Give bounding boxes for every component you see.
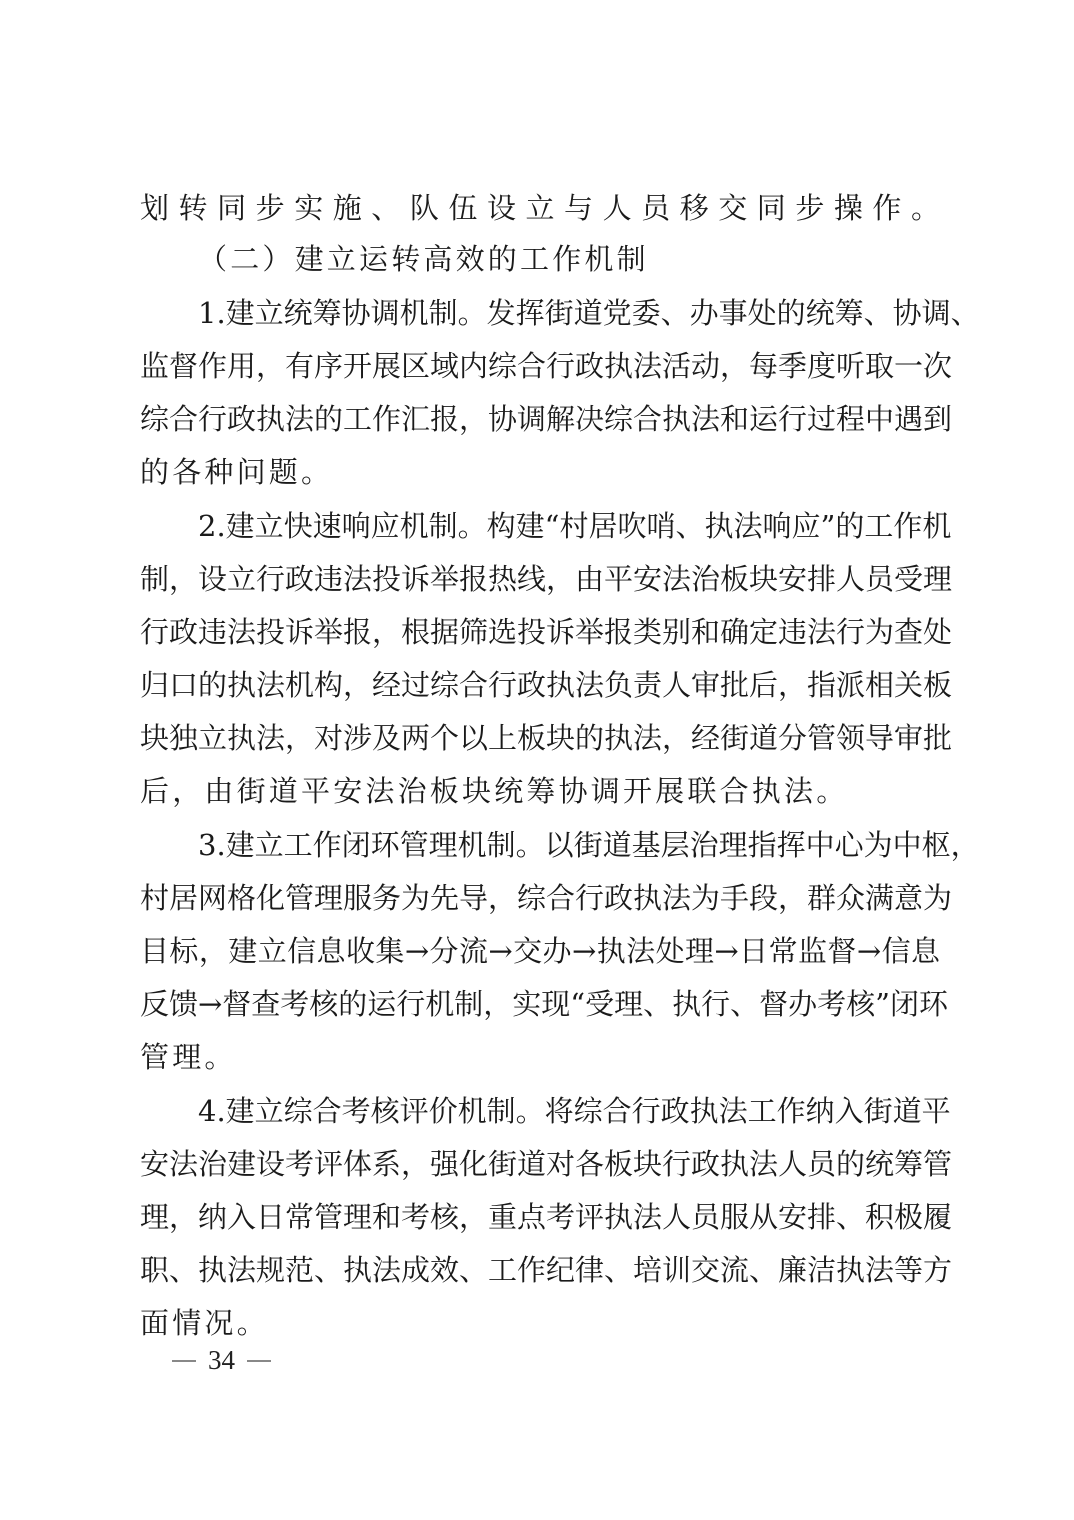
page-number: 34 <box>172 1345 271 1376</box>
paragraph-line: 归口的执法机构，经过综合行政执法负责人审批后，指派相关板 <box>140 665 940 705</box>
paragraph-line: 目标，建立信息收集→分流→交办→执法处理→日常监督→信息 <box>140 931 940 971</box>
paragraph-line: 行政违法投诉举报，根据筛选投诉举报类别和确定违法行为查处 <box>140 612 940 652</box>
paragraph-line: 划转同步实施、队伍设立与人员移交同步操作。 <box>140 188 940 228</box>
paragraph-line: 监督作用，有序开展区域内综合行政执法活动，每季度听取一次 <box>140 346 940 386</box>
paragraph-line: 反馈→督查考核的运行机制，实现“受理、执行、督办考核”闭环 <box>140 984 940 1024</box>
paragraph-line: 2.建立快速响应机制。构建“村居吹哨、执法响应”的工作机 <box>198 506 940 546</box>
paragraph-line: 职、执法规范、执法成效、工作纪律、培训交流、廉洁执法等方 <box>140 1250 940 1290</box>
paragraph-line: 块独立执法，对涉及两个以上板块的执法，经街道分管领导审批 <box>140 718 940 758</box>
paragraph-line: 3.建立工作闭环管理机制。以街道基层治理指挥中心为中枢， <box>198 825 940 865</box>
paragraph-line: 制，设立行政违法投诉举报热线，由平安法治板块安排人员受理 <box>140 559 940 599</box>
dash-decoration <box>172 1360 196 1362</box>
page-number-text: 34 <box>208 1345 235 1376</box>
paragraph-line: 面情况。 <box>140 1303 269 1343</box>
paragraph-line: 安法治建设考评体系，强化街道对各板块行政执法人员的统筹管 <box>140 1144 940 1184</box>
paragraph-line: 综合行政执法的工作汇报，协调解决综合执法和运行过程中遇到 <box>140 399 940 439</box>
paragraph-line: 的各种问题。 <box>140 452 333 492</box>
paragraph-line: 1.建立统筹协调机制。发挥街道党委、办事处的统筹、协调、 <box>198 293 940 333</box>
paragraph-line: 理，纳入日常管理和考核，重点考评执法人员服从安排、积极履 <box>140 1197 940 1237</box>
dash-decoration <box>247 1360 271 1362</box>
paragraph-line: 村居网格化管理服务为先导，综合行政执法为手段，群众满意为 <box>140 878 940 918</box>
section-heading: （二）建立运转高效的工作机制 <box>198 239 649 279</box>
paragraph-line: 后，由街道平安法治板块统筹协调开展联合执法。 <box>140 771 848 811</box>
paragraph-line: 4.建立综合考核评价机制。将综合行政执法工作纳入街道平 <box>198 1091 940 1131</box>
paragraph-line: 管理。 <box>140 1037 237 1077</box>
